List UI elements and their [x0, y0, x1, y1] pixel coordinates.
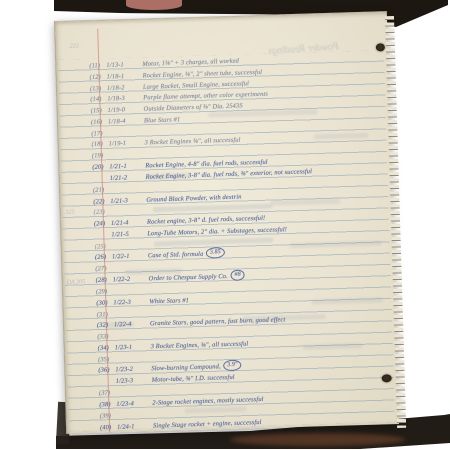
circled-note: #8: [230, 269, 245, 281]
entry-num: (13): [90, 85, 107, 94]
entry-date: 1/21-5: [111, 230, 147, 239]
entry-num: (18): [92, 141, 109, 150]
margin-mark: 325: [66, 210, 75, 216]
notebook-page: Powder Readings 222325DA 205 (11)1/13-1M…: [54, 11, 399, 434]
notebook-photo-scene: Powder Readings 222325DA 205 (11)1/13-1M…: [0, 0, 450, 450]
entry-num: (23): [94, 209, 111, 218]
entry-num: (19): [92, 153, 109, 162]
entry-date: 1/23-4: [116, 400, 152, 409]
margin-mark: 222: [70, 43, 79, 49]
entry-num: (22): [93, 198, 110, 207]
entry-date: 1/21-2: [110, 174, 146, 183]
backdrop-brown-smudge: [230, 433, 405, 446]
entry-num: (17): [91, 130, 108, 139]
entry-num: (24): [94, 220, 111, 229]
entry-date: 1/22-3: [113, 298, 149, 307]
entry-num: (31): [97, 311, 114, 320]
entry-text: White Stars #1: [149, 297, 189, 306]
entry-num: (35): [98, 356, 115, 365]
entry-date: 1/19-0: [108, 106, 144, 115]
entry-num: (32): [97, 322, 114, 331]
entry-date: 1/21-3: [110, 197, 146, 206]
entry-num: (38): [99, 401, 116, 410]
entry-text: Single Stage rocket + engine, successful: [153, 419, 262, 431]
entry-num: (36): [98, 367, 115, 376]
entry-num: (40): [100, 424, 117, 433]
entry-num: (29): [96, 288, 113, 297]
erased-text-smudge: [154, 237, 274, 246]
entry-date: 1/18-1: [107, 72, 143, 81]
entry-date: 1/18-2: [107, 84, 143, 93]
entry-date: 1/13-1: [106, 61, 142, 70]
entry-num: (20): [92, 163, 109, 172]
entry-num: (33): [97, 333, 114, 342]
entry-num: (34): [98, 344, 115, 353]
entry-num: (25): [95, 243, 112, 252]
margin-mark: DA 205: [67, 279, 86, 286]
entry-num: (11): [89, 62, 106, 71]
entry-date: 1/24-1: [117, 422, 153, 431]
entry-num: (14): [90, 96, 107, 105]
entry-num: (26): [95, 254, 112, 263]
entry-num: (28): [96, 276, 113, 285]
entry-num: (37): [99, 389, 116, 398]
entry-num: (39): [100, 412, 117, 421]
entry-num: (30): [96, 299, 113, 308]
entry-date: 1/21-4: [111, 219, 147, 228]
entry-date: 1/23-1: [115, 343, 151, 352]
entry-num: (12): [90, 73, 107, 82]
entry-num: (27): [95, 266, 112, 275]
entry-date: 1/23-3: [116, 377, 152, 386]
log-entries: (11)1/13-1Motor, 1⅜" + 3 charges, all wo…: [89, 50, 389, 431]
entry-num: (16): [91, 118, 108, 127]
entry-num: (15): [91, 108, 108, 117]
entry-date: 1/18-4: [108, 117, 144, 126]
entry-num: (21): [93, 186, 110, 195]
finger-smudge: [126, 0, 182, 10]
erased-text-smudge: [153, 204, 273, 213]
